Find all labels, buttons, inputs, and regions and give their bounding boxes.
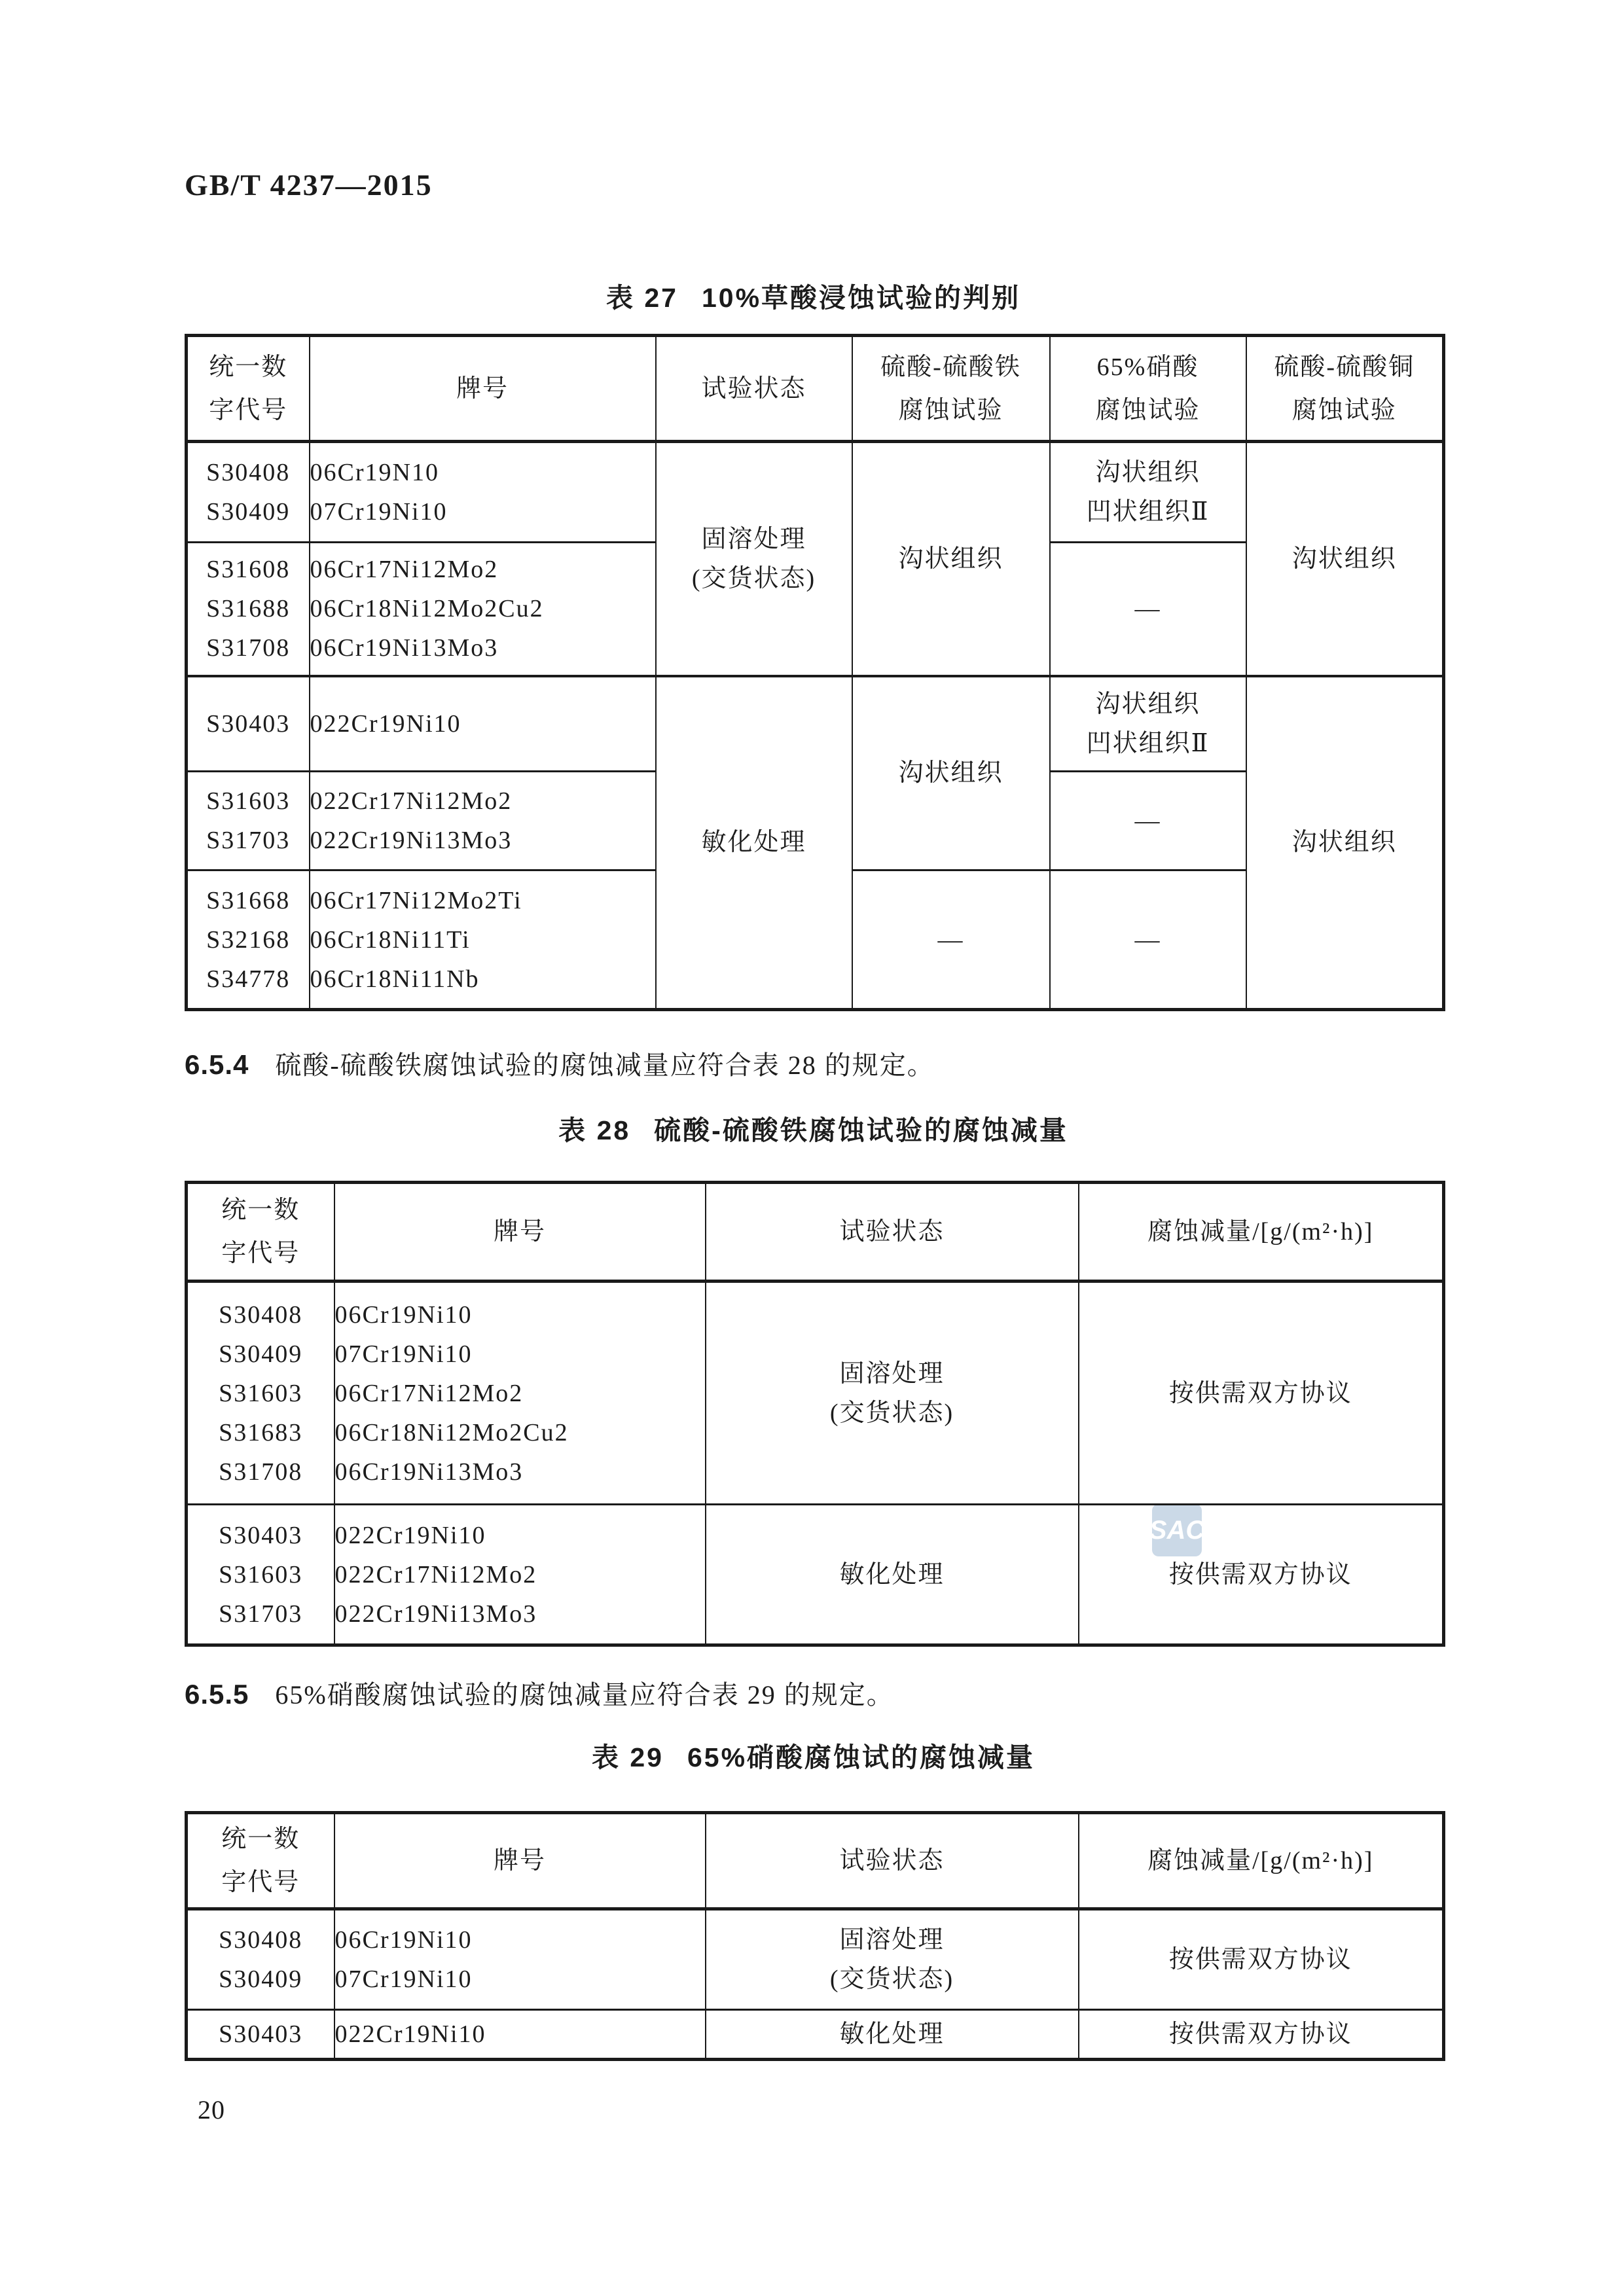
cell-nitric-a2: — xyxy=(1050,543,1246,676)
section-number: 6.5.5 xyxy=(185,1679,249,1710)
table-28-header-row: 统一数 字代号 牌号 试验状态 腐蚀减量/[g/(m²·h)] xyxy=(187,1183,1444,1282)
cell-copper-b: 沟状组织 xyxy=(1246,676,1444,1010)
header-iron-test: 硫酸-硫酸铁 腐蚀试验 xyxy=(852,336,1050,442)
header-grade: 牌号 xyxy=(310,336,656,442)
cell-codes-b3: S31668 S32168 S34778 xyxy=(187,870,310,1010)
cell-iron-b12: 沟状组织 xyxy=(852,676,1050,870)
cell-grades-block1: 06Cr19Ni10 07Cr19Ni10 06Cr17Ni12Mo2 06Cr… xyxy=(334,1282,706,1505)
header-state: 试验状态 xyxy=(706,1813,1079,1909)
cell-state-block2: 敏化处理 xyxy=(706,1505,1079,1645)
cell-nitric-b2: — xyxy=(1050,772,1246,870)
cell-grades-b2: 022Cr17Ni12Mo2 022Cr19Ni13Mo3 xyxy=(310,772,656,870)
cell-codes-a2: S31608 S31688 S31708 xyxy=(187,543,310,676)
cell-grades-a2: 06Cr17Ni12Mo2 06Cr18Ni12Mo2Cu2 06Cr19Ni1… xyxy=(310,543,656,676)
cell-grades-block1: 06Cr19Ni10 07Cr19Ni10 xyxy=(334,1909,706,2010)
document-page: GB/T 4237—2015 表 2710%草酸浸蚀试验的判别 统一数 字代号 … xyxy=(0,0,1624,2296)
cell-copper-a: 沟状组织 xyxy=(1246,442,1444,676)
cell-codes-a1: S30408 S30409 xyxy=(187,442,310,543)
table-row: S30408 S30409 S31603 S31683 S31708 06Cr1… xyxy=(187,1282,1444,1505)
cell-loss-block2: 按供需双方协议 xyxy=(1079,2010,1444,2060)
table-28-iron-sulfate-loss: 统一数 字代号 牌号 试验状态 腐蚀减量/[g/(m²·h)] S30408 S… xyxy=(185,1181,1445,1647)
cell-grades-a1: 06Cr19N10 07Cr19Ni10 xyxy=(310,442,656,543)
cell-state-block1: 固溶处理 (交货状态) xyxy=(706,1909,1079,2010)
table-29-nitric-acid-loss: 统一数 字代号 牌号 试验状态 腐蚀减量/[g/(m²·h)] S30408 S… xyxy=(185,1811,1445,2061)
cell-state-a: 固溶处理 (交货状态) xyxy=(656,442,852,676)
table-27-oxalic-acid-test: 统一数 字代号 牌号 试验状态 硫酸-硫酸铁 腐蚀试验 65%硝酸 腐蚀试验 硫… xyxy=(185,334,1445,1011)
page-number: 20 xyxy=(198,2094,225,2125)
table-28-title: 表 28硫酸-硫酸铁腐蚀试验的腐蚀减量 xyxy=(185,1109,1442,1147)
cell-grades-b3: 06Cr17Ni12Mo2Ti 06Cr18Ni11Ti 06Cr18Ni11N… xyxy=(310,870,656,1010)
header-code: 统一数 字代号 xyxy=(187,1183,334,1282)
header-grade: 牌号 xyxy=(334,1183,706,1282)
cell-state-b: 敏化处理 xyxy=(656,676,852,1010)
cell-codes-block1: S30408 S30409 S31603 S31683 S31708 xyxy=(187,1282,334,1505)
section-text: 65%硝酸腐蚀试验的腐蚀减量应符合表 29 的规定。 xyxy=(275,1680,893,1710)
header-grade: 牌号 xyxy=(334,1813,706,1909)
cell-codes-block2: S30403 xyxy=(187,2010,334,2060)
cell-loss-block1: 按供需双方协议 xyxy=(1079,1282,1444,1505)
section-6-5-5: 6.5.565%硝酸腐蚀试验的腐蚀减量应符合表 29 的规定。 xyxy=(185,1674,1487,1712)
cell-state-block1: 固溶处理 (交货状态) xyxy=(706,1282,1079,1505)
cell-loss-block2: 按供需双方协议 xyxy=(1079,1505,1444,1645)
cell-nitric-b3: — xyxy=(1050,870,1246,1010)
header-state: 试验状态 xyxy=(706,1183,1079,1282)
table-row: S30403 022Cr19Ni10 敏化处理 按供需双方协议 xyxy=(187,2010,1444,2060)
header-state: 试验状态 xyxy=(656,336,852,442)
cell-codes-block1: S30408 S30409 xyxy=(187,1909,334,2010)
cell-grades-block2: 022Cr19Ni10 xyxy=(334,2010,706,2060)
standard-code: GB/T 4237—2015 xyxy=(185,168,433,202)
table-29-label: 表 29 xyxy=(592,1742,664,1772)
header-loss: 腐蚀减量/[g/(m²·h)] xyxy=(1079,1813,1444,1909)
table-28-label: 表 28 xyxy=(558,1115,630,1145)
header-nitric-test: 65%硝酸 腐蚀试验 xyxy=(1050,336,1246,442)
table-29-header-row: 统一数 字代号 牌号 试验状态 腐蚀减量/[g/(m²·h)] xyxy=(187,1813,1444,1909)
cell-codes-b2: S31603 S31703 xyxy=(187,772,310,870)
cell-nitric-b1: 沟状组织 凹状组织Ⅱ xyxy=(1050,676,1246,772)
header-copper-test: 硫酸-硫酸铜 腐蚀试验 xyxy=(1246,336,1444,442)
table-27-title: 表 2710%草酸浸蚀试验的判别 xyxy=(185,276,1442,315)
header-code: 统一数 字代号 xyxy=(187,336,310,442)
cell-grades-block2: 022Cr19Ni10 022Cr17Ni12Mo2 022Cr19Ni13Mo… xyxy=(334,1505,706,1645)
cell-iron-a: 沟状组织 xyxy=(852,442,1050,676)
table-27-header-row: 统一数 字代号 牌号 试验状态 硫酸-硫酸铁 腐蚀试验 65%硝酸 腐蚀试验 硫… xyxy=(187,336,1444,442)
section-6-5-4: 6.5.4硫酸-硫酸铁腐蚀试验的腐蚀减量应符合表 28 的规定。 xyxy=(185,1045,1487,1082)
table-27-label: 表 27 xyxy=(606,283,678,313)
table-row: S30403 022Cr19Ni10 敏化处理 沟状组织 沟状组织 凹状组织Ⅱ … xyxy=(187,676,1444,772)
table-29-title: 表 2965%硝酸腐蚀试的腐蚀减量 xyxy=(185,1736,1442,1774)
table-row: S30408 S30409 06Cr19Ni10 07Cr19Ni10 固溶处理… xyxy=(187,1909,1444,2010)
cell-state-block2: 敏化处理 xyxy=(706,2010,1079,2060)
section-text: 硫酸-硫酸铁腐蚀试验的腐蚀减量应符合表 28 的规定。 xyxy=(275,1050,934,1080)
cell-iron-b3: — xyxy=(852,870,1050,1010)
table-28-title-text: 硫酸-硫酸铁腐蚀试验的腐蚀减量 xyxy=(654,1115,1068,1145)
cell-loss-block1: 按供需双方协议 xyxy=(1079,1909,1444,2010)
table-27-title-text: 10%草酸浸蚀试验的判别 xyxy=(702,283,1020,313)
section-number: 6.5.4 xyxy=(185,1049,249,1080)
cell-nitric-a1: 沟状组织 凹状组织Ⅱ xyxy=(1050,442,1246,543)
cell-grades-b1: 022Cr19Ni10 xyxy=(310,676,656,772)
cell-codes-block2: S30403 S31603 S31703 xyxy=(187,1505,334,1645)
header-code: 统一数 字代号 xyxy=(187,1813,334,1909)
table-row: S30403 S31603 S31703 022Cr19Ni10 022Cr17… xyxy=(187,1505,1444,1645)
table-row: S30408 S30409 06Cr19N10 07Cr19Ni10 固溶处理 … xyxy=(187,442,1444,543)
cell-codes-b1: S30403 xyxy=(187,676,310,772)
table-29-title-text: 65%硝酸腐蚀试的腐蚀减量 xyxy=(687,1742,1035,1772)
header-loss: 腐蚀减量/[g/(m²·h)] xyxy=(1079,1183,1444,1282)
